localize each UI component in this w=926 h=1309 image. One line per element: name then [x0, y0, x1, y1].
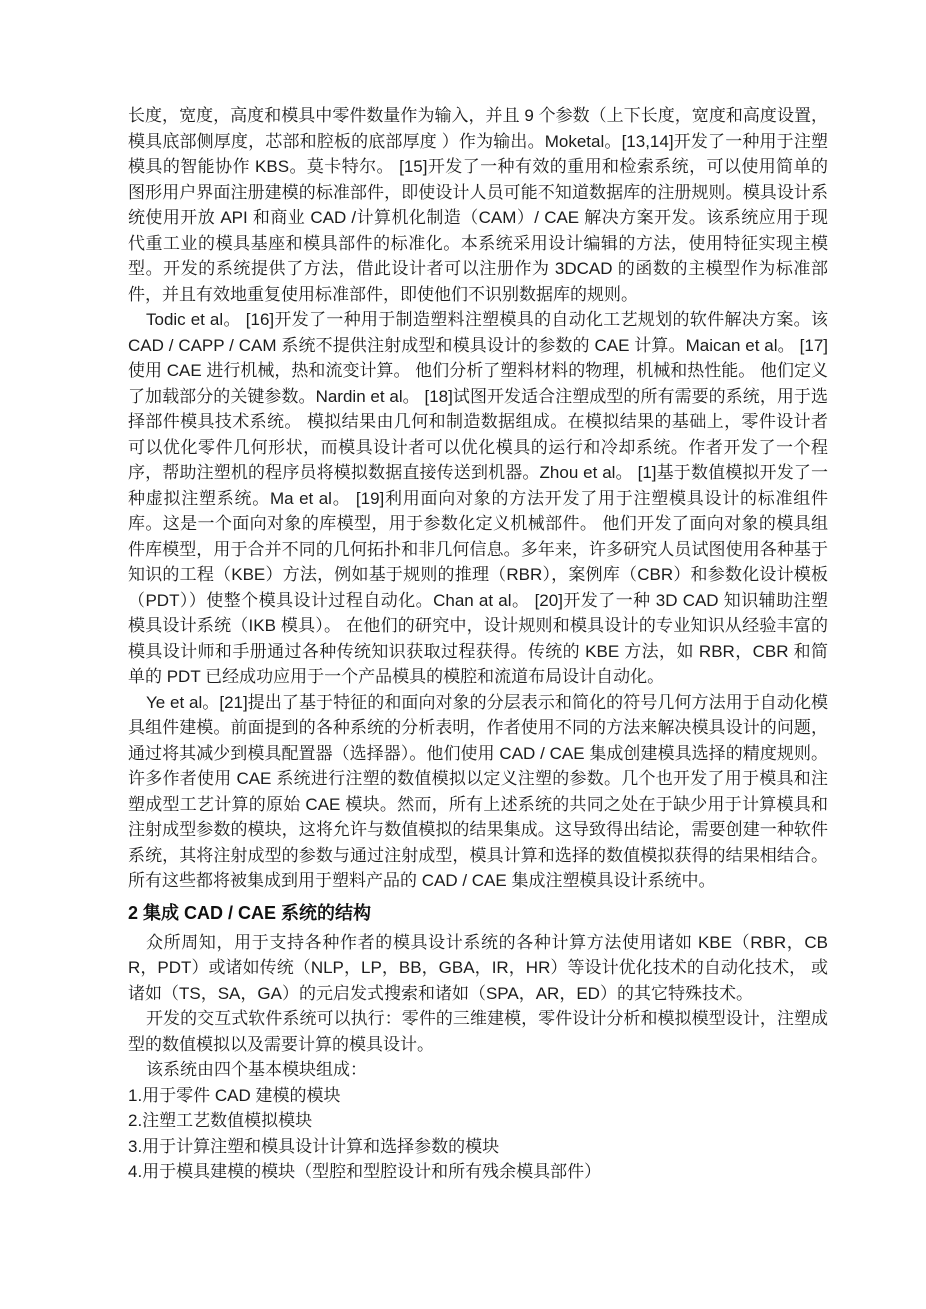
paragraph-modules-intro: 该系统由四个基本模块组成： — [128, 1057, 828, 1083]
list-item-mold-modeling: 4.用于模具建模的模块（型腔和型腔设计和所有残余模具部件） — [128, 1159, 828, 1185]
paragraph-interactive-system: 开发的交互式软件系统可以执行：零件的三维建模，零件设计分析和模拟模型设计，注塑成… — [128, 1006, 828, 1057]
paragraph-continuation: 长度，宽度，高度和模具中零件数量作为输入，并且 9 个参数（上下长度，宽度和高度… — [128, 103, 828, 307]
section-heading: 2 集成 CAD / CAE 系统的结构 — [128, 900, 828, 926]
paragraph-todic: Todic et al。 [16]开发了一种用于制造塑料注塑模具的自动化工艺规划… — [128, 307, 828, 690]
document-page: 长度，宽度，高度和模具中零件数量作为输入，并且 9 个参数（上下长度，宽度和高度… — [0, 0, 926, 1309]
paragraph-ye: Ye et al。[21]提出了基于特征的和面向对象的分层表示和简化的符号几何方… — [128, 690, 828, 894]
list-item-cad-modeling: 1.用于零件 CAD 建模的模块 — [128, 1083, 828, 1109]
list-item-calculation-parameters: 3.用于计算注塑和模具设计计算和选择参数的模块 — [128, 1134, 828, 1160]
module-list: 1.用于零件 CAD 建模的模块 2.注塑工艺数值模拟模块 3.用于计算注塑和模… — [128, 1083, 828, 1185]
list-item-numerical-simulation: 2.注塑工艺数值模拟模块 — [128, 1108, 828, 1134]
paragraph-methods: 众所周知，用于支持各种作者的模具设计系统的各种计算方法使用诸如 KBE（RBR，… — [128, 930, 828, 1007]
